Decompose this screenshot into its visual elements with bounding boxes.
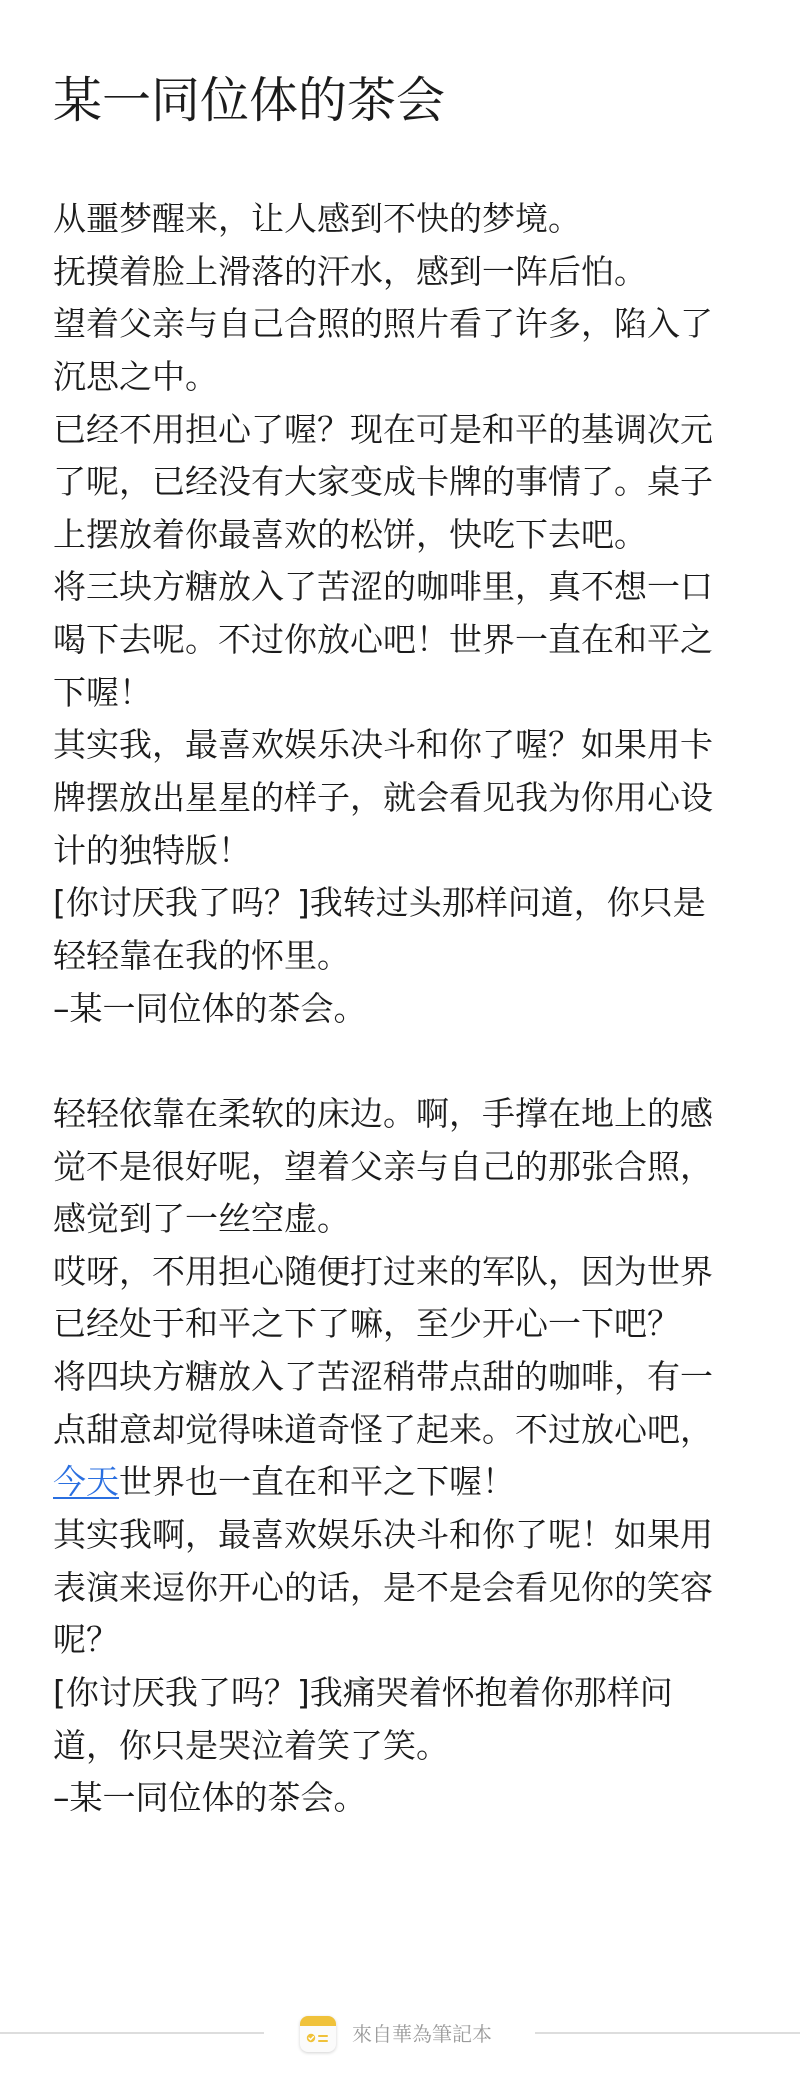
body-line: 觉不是很好呢，望着父亲与自己的那张合照， [53, 1141, 773, 1194]
today-link[interactable]: 今天 [53, 1462, 119, 1501]
body-line: 其实我啊，最喜欢娱乐决斗和你了呢！如果用 [53, 1509, 773, 1562]
body-line: [你讨厌我了吗？]我痛哭着怀抱着你那样问 [53, 1667, 773, 1720]
body-line: 计的独特版！ [53, 825, 773, 878]
body-line: 沉思之中。 [53, 351, 773, 404]
footer-divider-right [535, 2032, 800, 2034]
body-line: 表演来逗你开心的话，是不是会看见你的笑容 [53, 1562, 773, 1615]
body-line: 将四块方糖放入了苦涩稍带点甜的咖啡，有一 [53, 1351, 773, 1404]
body-line: 下喔！ [53, 667, 773, 720]
body-line: 望着父亲与自己合照的照片看了许多，陷入了 [53, 298, 773, 351]
body-line: 轻轻依靠在柔软的床边。啊，手撑在地上的感 [53, 1088, 773, 1141]
huawei-notes-icon [300, 2016, 336, 2052]
signature-line: –某一同位体的茶会。 [53, 1772, 773, 1825]
body-line: 其实我，最喜欢娱乐决斗和你了喔？如果用卡 [53, 719, 773, 772]
body-line: [你讨厌我了吗？]我转过头那样问道，你只是 [53, 877, 773, 930]
body-line: 喝下去呢。不过你放心吧！世界一直在和平之 [53, 614, 773, 667]
note-body: 从噩梦醒来，让人感到不快的梦境。 抚摸着脸上滑落的汗水，感到一阵后怕。 望着父亲… [53, 193, 773, 1825]
body-line: 抚摸着脸上滑落的汗水，感到一阵后怕。 [53, 246, 773, 299]
body-line: 轻轻靠在我的怀里。 [53, 930, 773, 983]
body-line: 哎呀，不用担心随便打过来的军队，因为世界 [53, 1246, 773, 1299]
body-line: 上摆放着你最喜欢的松饼，快吃下去吧。 [53, 509, 773, 562]
footer: 來自華為筆記本 [0, 2012, 800, 2056]
body-line: 道，你只是哭泣着笑了笑。 [53, 1720, 773, 1773]
body-line: 将三块方糖放入了苦涩的咖啡里，真不想一口 [53, 561, 773, 614]
blank-line [53, 1035, 773, 1088]
signature-line: –某一同位体的茶会。 [53, 983, 773, 1036]
body-line: 已经处于和平之下了嘛，至少开心一下吧？ [53, 1298, 773, 1351]
body-line: 感觉到了一丝空虚。 [53, 1193, 773, 1246]
footer-source-label: 來自華為筆記本 [352, 2020, 492, 2048]
body-line-with-link: 今天世界也一直在和平之下喔！ [53, 1456, 773, 1509]
footer-divider-left [0, 2032, 264, 2034]
body-line: 呢？ [53, 1614, 773, 1667]
body-line: 从噩梦醒来，让人感到不快的梦境。 [53, 193, 773, 246]
body-line: 点甜意却觉得味道奇怪了起来。不过放心吧， [53, 1404, 773, 1457]
body-line: 了呢，已经没有大家变成卡牌的事情了。桌子 [53, 456, 773, 509]
body-line: 已经不用担心了喔？现在可是和平的基调次元 [53, 404, 773, 457]
body-line: 牌摆放出星星的样子，就会看见我为你用心设 [53, 772, 773, 825]
note-title: 某一同位体的茶会 [53, 70, 445, 132]
link-line-rest: 世界也一直在和平之下喔！ [119, 1462, 515, 1501]
